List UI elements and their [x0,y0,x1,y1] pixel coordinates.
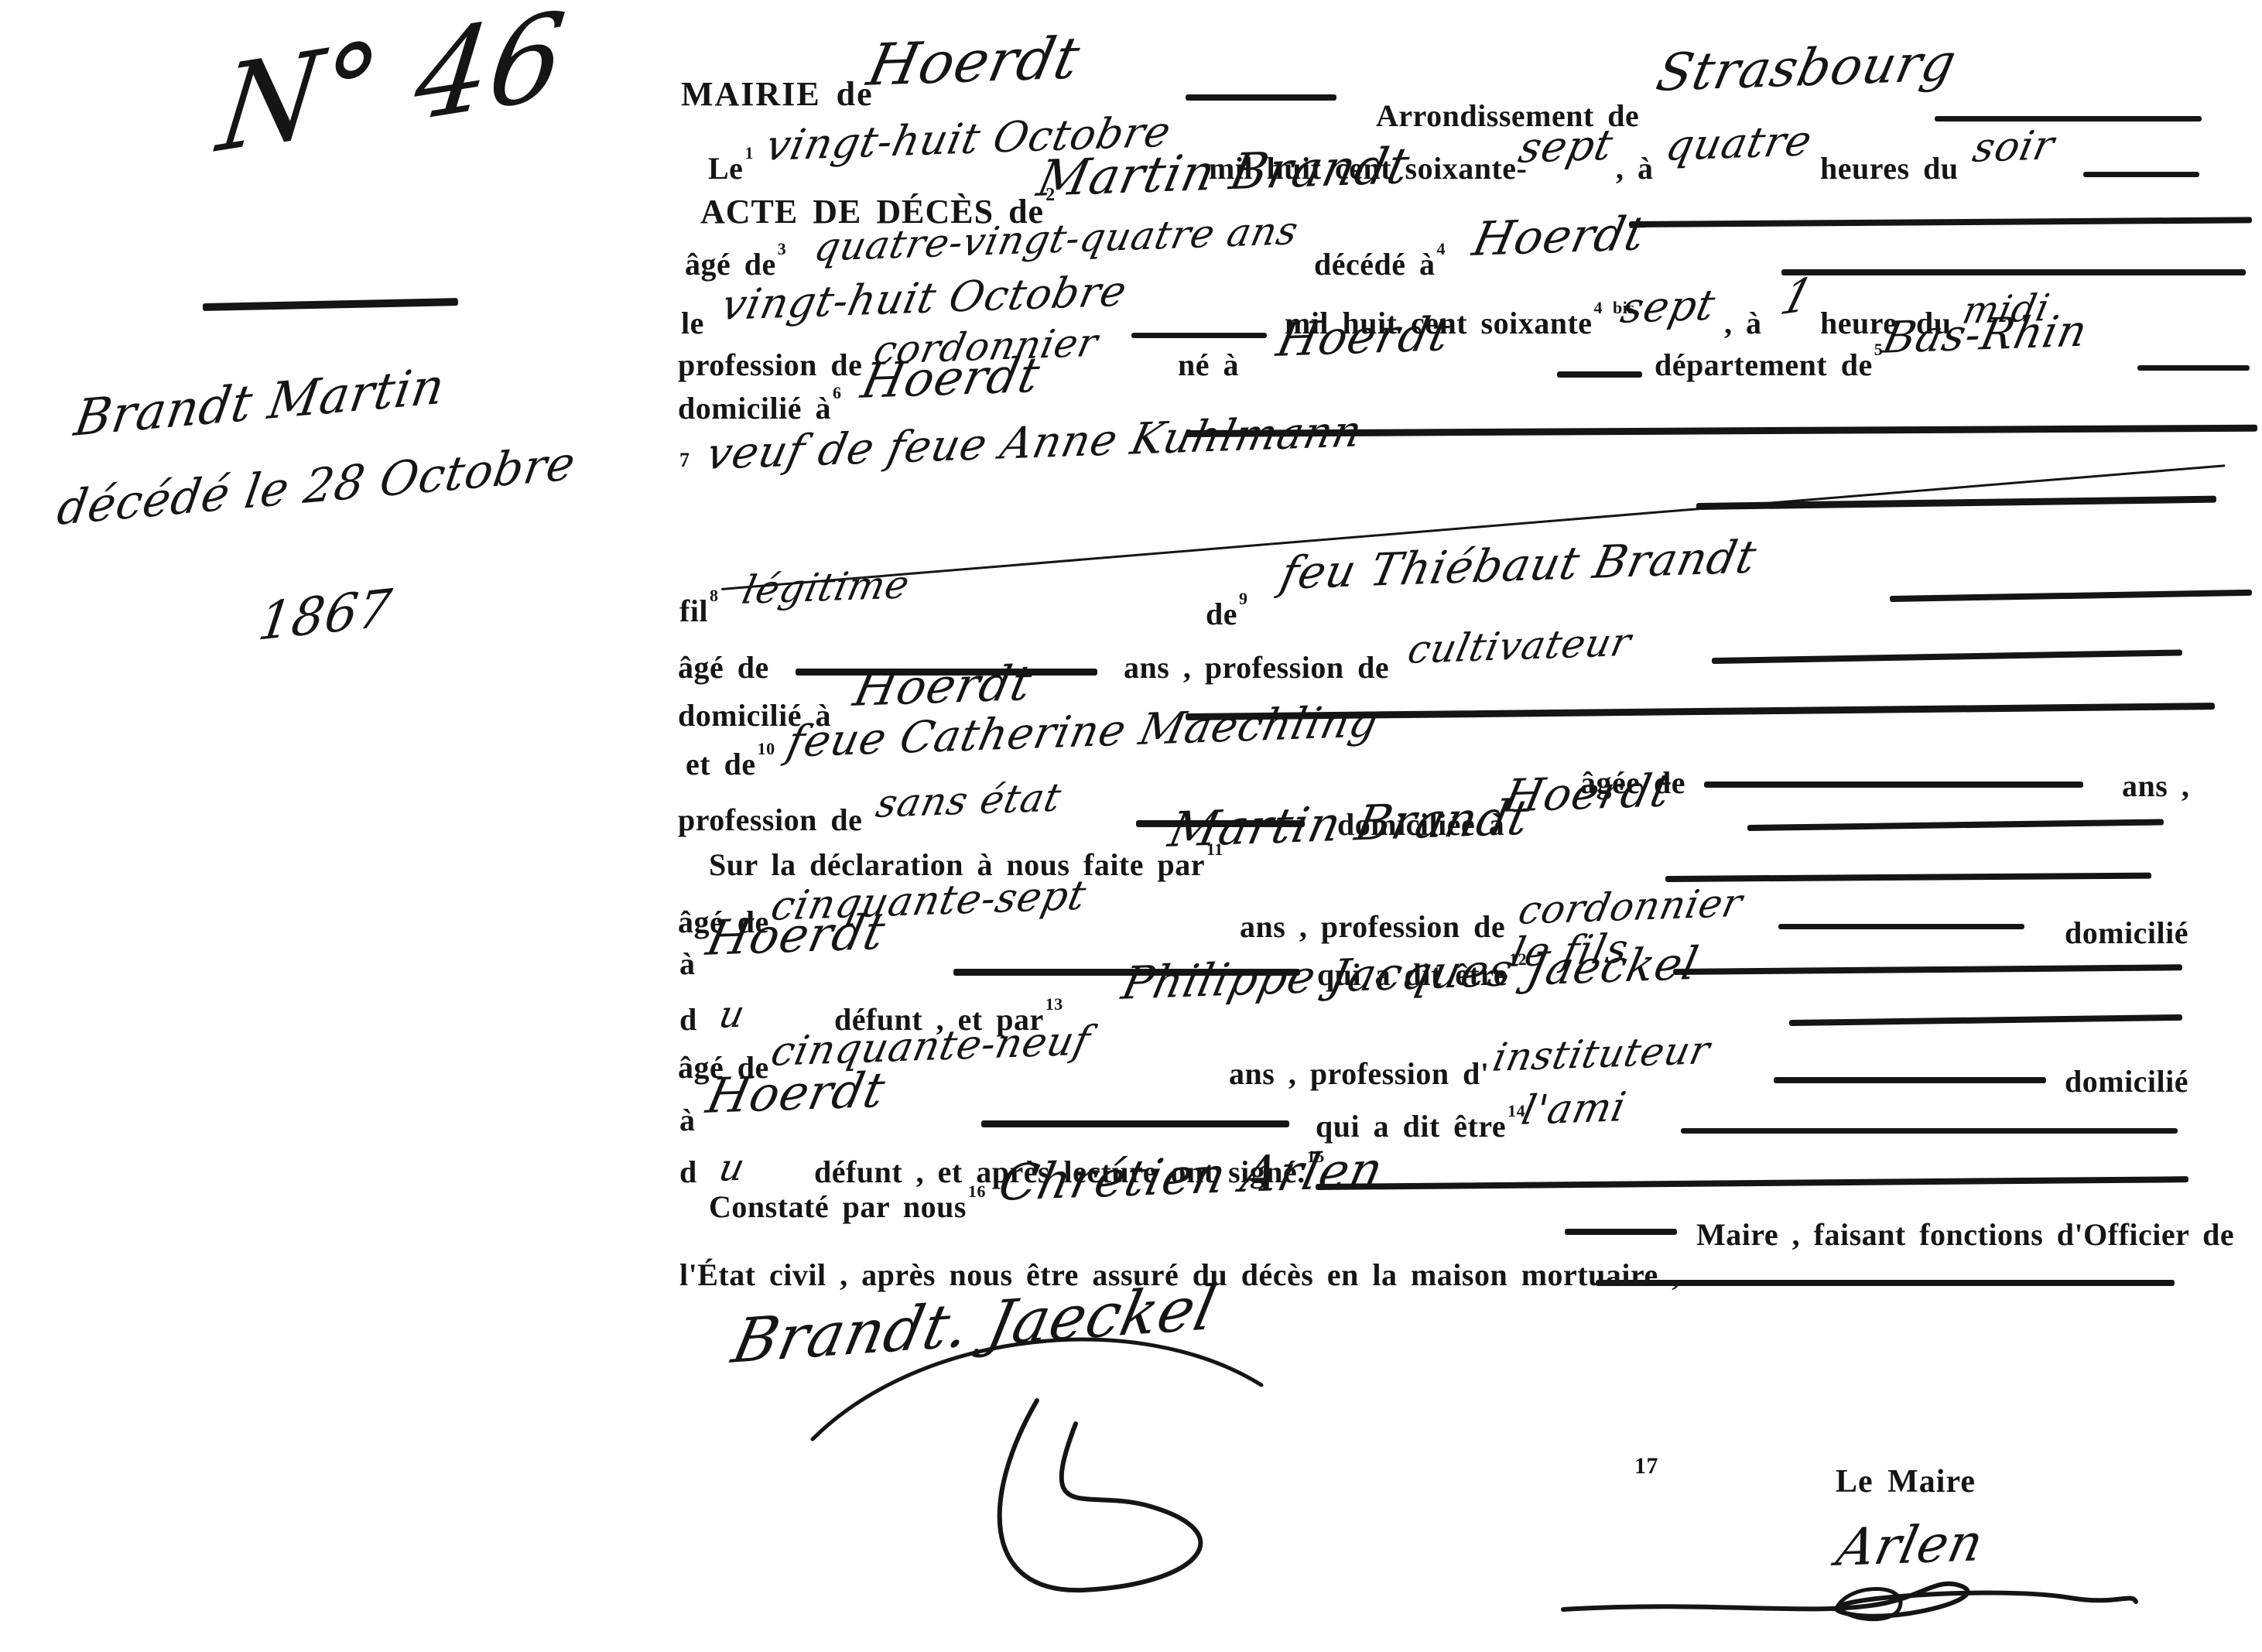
margin-note-date: décédé le 28 Octobre [54,440,579,532]
fill-rule [1565,1229,1677,1235]
margin-note-name: Brandt Martin [71,361,448,444]
mairie-label: MAIRIE de [681,77,874,111]
witness2-domicilie-label: domicilié [2065,1066,2188,1097]
fill-rule [1557,371,1642,378]
maire-fonctions-label: Maire , faisant fonctions d'Officier de [1696,1219,2234,1250]
d-label: d [679,1004,697,1035]
father-name-handwritten: feu Thiébaut Brandt [1277,534,1761,596]
et-de-mere-label: et de10 [686,749,775,780]
death-day-handwritten: vingt-huit Octobre [718,270,1131,327]
le-maire-label: Le Maire [1836,1466,1976,1498]
de-pere-label: de9 [1206,599,1248,630]
departement-label: département de5 [1655,350,1883,381]
fill-rule [1673,964,2182,975]
registration-hour-handwritten: quatre [1662,120,1815,167]
ans-label: ans , [2122,771,2189,802]
maire-signature-flourish [1559,1571,2147,1640]
mother-profession-handwritten: sans état [873,778,1065,823]
fill-rule [981,1120,1289,1127]
fils-label: fil8 [679,596,719,627]
fill-rule [1890,590,2252,602]
arrondissement-handwritten: Strasbourg [1652,37,1961,99]
u2-handwritten: u [716,1148,748,1187]
decede-a-label: décédé à4 [1314,249,1446,280]
legitime-handwritten: légitime [739,565,913,610]
ref-17-label: 17 [1634,1455,1658,1478]
witness2-profession-handwritten: instituteur [1490,1031,1714,1077]
fill-rule [1781,269,2246,275]
witnesses-signature-flourish [782,1315,1277,1625]
fill-rule [1789,1014,2182,1026]
act-number-underline [203,298,458,311]
domicile-handwritten: Hoerdt [857,351,1044,405]
fill-rule [1596,1280,2175,1286]
witness1-a-label: à [679,949,696,980]
father-profession-handwritten: cultivateur [1405,623,1635,669]
a-death-label: , à [1724,308,1762,339]
father-age-label: âgé de [678,652,769,683]
fill-rule [1186,94,1336,101]
qui-a-dit-etre-14-label: qui a dit être14 [1316,1111,1525,1142]
declarant-name-handwritten: Martin Brandt [1165,793,1534,854]
d2-label: d [679,1157,697,1188]
heures-du-label: heures du [1820,153,1959,184]
witness2-place-handwritten: Hoerdt [703,1066,889,1120]
witness1-profession-label: ans , profession de [1240,912,1505,942]
witness2-relation-handwritten: l'ami [1518,1087,1630,1131]
margin-note-year: 1867 [255,583,395,648]
fill-rule [1935,116,2202,121]
fill-rule [1629,217,2252,227]
mother-profession-label: profession de [678,805,862,836]
fill-rule [1774,1077,2046,1083]
fill-rule [1681,1128,2178,1134]
constate-label: Constaté par nous16 [709,1192,986,1223]
witness1-profession-handwritten: cordonnier [1515,884,1747,930]
sup-7-label: 7 [679,450,690,470]
death-place-handwritten: Hoerdt [1469,210,1650,263]
death-year-handwritten: sept [1617,284,1719,330]
domicile-label: domicilié à6 [678,393,842,424]
fill-rule [1778,924,2024,929]
fill-rule [1747,819,2164,831]
registration-year-handwritten: sept [1515,124,1617,169]
a-label: , à [1616,153,1654,184]
witness1-place-handwritten: Hoerdt [703,908,889,963]
death-hour-handwritten: 1 [1776,271,1819,322]
profession-label: profession de [678,350,862,381]
maire-signature-handwritten: Arlen [1833,1517,1988,1574]
deceased-name-handwritten: Martin Brandt [1033,142,1414,204]
fill-rule [1316,1176,2188,1190]
father-domicile-handwritten: Hoerdt [850,659,1036,713]
fill-rule [2083,172,2199,177]
father-profession-label: ans , profession de [1124,652,1389,683]
officer-name-handwritten: Chrétien Arlen [994,1145,1388,1209]
age-label: âgé de3 [685,249,786,280]
ne-a-label: né à [1178,350,1239,381]
fill-rule [1712,649,2182,664]
death-certificate-scan: N° 46 Brandt Martin décédé le 28 Octobre… [0,0,2262,1652]
witness2-profession-label: ans , profession d' [1229,1059,1490,1089]
le-label: Le1 [708,153,754,184]
fill-rule [2137,365,2250,371]
birthplace-handwritten: Hoerdt [1273,311,1454,364]
fill-rule [1131,333,1267,338]
registration-period-handwritten: soir [1969,125,2058,169]
witness1-domicilie-label: domicilié [2065,918,2188,949]
mairie-commune-handwritten: Hoerdt [863,29,1085,94]
departement-handwritten: Bas-Rhin [1879,310,2091,361]
act-number-handwritten: N° 46 [213,0,571,170]
fill-rule [1704,782,2083,788]
le-death-label: le [681,308,704,339]
witness2-name-handwritten: Philippe Jacques Jaeckel [1118,941,1702,1006]
u-handwritten: u [716,995,748,1034]
witness2-a-label: à [679,1105,696,1136]
